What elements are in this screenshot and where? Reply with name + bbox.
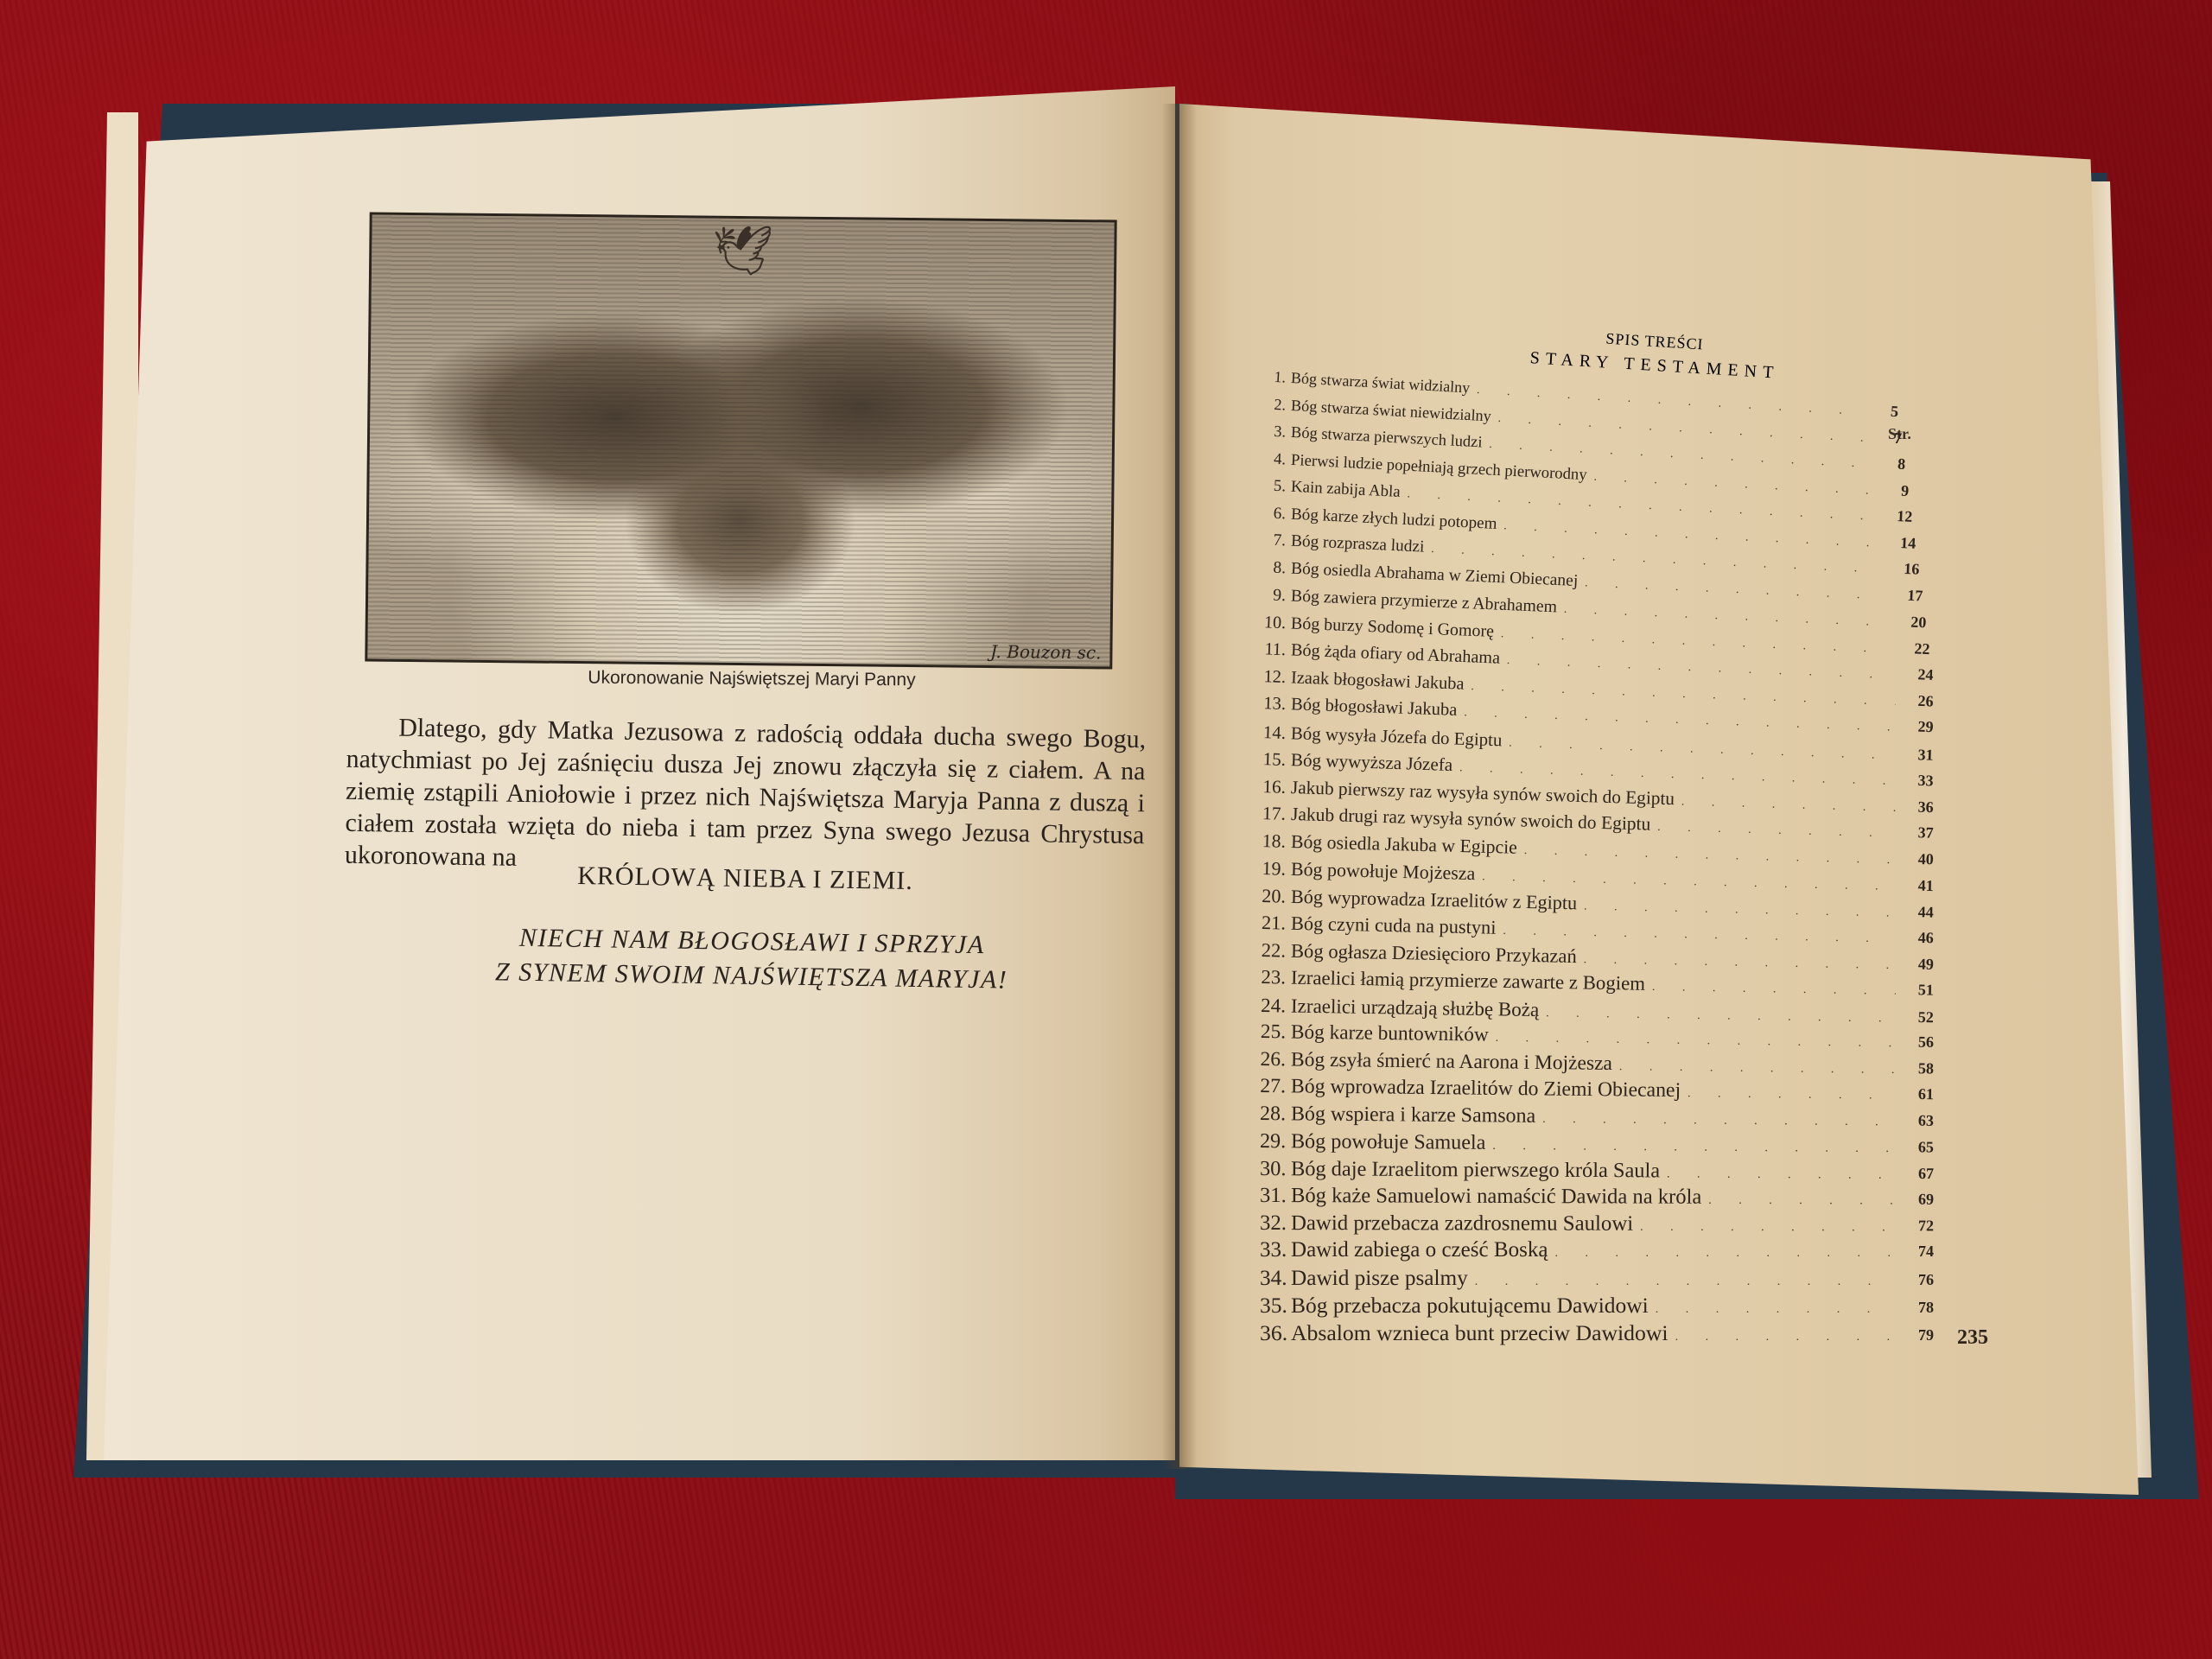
toc-entry-title: Bóg wspiera i karze Samsona bbox=[1291, 1103, 1535, 1128]
toc-entry-number: 11. bbox=[1260, 639, 1287, 660]
toc-entry-page: 40 bbox=[1902, 849, 1934, 868]
toc-entry-number: 5. bbox=[1260, 476, 1287, 496]
toc-entry-page: 29 bbox=[1902, 717, 1934, 736]
toc-entry-page: 24 bbox=[1902, 665, 1934, 684]
toc-entry-page: 76 bbox=[1903, 1271, 1934, 1289]
toc-entry: 36.Absalom wznieca bunt przeciw Dawidowi… bbox=[1260, 1320, 1934, 1343]
toc-entry-page: 12 bbox=[1881, 506, 1913, 526]
toc-entry: 35.Bóg przebacza pokutującemu Dawidowi. … bbox=[1260, 1293, 1934, 1315]
toc-entry-number: 12. bbox=[1260, 667, 1287, 688]
toc-entry-number: 27. bbox=[1260, 1075, 1286, 1098]
toc-entry: 30.Bóg daje Izraelitom pierwszego króla … bbox=[1260, 1157, 1934, 1183]
toc-entry-number: 21. bbox=[1260, 912, 1287, 935]
toc-leader-dots: . . . . . . . . . . . . . . . . . . . . … bbox=[1475, 1275, 1896, 1289]
toc-entry-number: 19. bbox=[1260, 857, 1287, 880]
toc-entry-page: 46 bbox=[1903, 929, 1934, 948]
toc-entry-page: 14 bbox=[1885, 533, 1916, 553]
toc-entry-page: 69 bbox=[1903, 1191, 1934, 1209]
toc-entry-number: 31. bbox=[1260, 1184, 1286, 1208]
toc-leader-dots: . . . . . . . . . . . . . . . . . . . . … bbox=[1619, 1060, 1896, 1077]
toc-entry-page: 49 bbox=[1903, 955, 1934, 974]
toc-entry-title: Dawid pisze psalmy bbox=[1291, 1266, 1468, 1291]
dove-icon: 🕊 bbox=[712, 227, 774, 276]
toc-entry-title: Dawid zabiega o cześć Boską bbox=[1291, 1238, 1548, 1262]
book-gutter bbox=[1162, 104, 1197, 1469]
toc-entry-page: 74 bbox=[1903, 1243, 1934, 1261]
toc-entry-page: 41 bbox=[1902, 876, 1934, 895]
toc-entry-page: 8 bbox=[1874, 454, 1906, 474]
toc-entry-title: Bóg karze buntowników bbox=[1291, 1021, 1489, 1047]
toc-entry-number: 28. bbox=[1260, 1103, 1286, 1126]
toc-entry-title: Bóg każe Samuelowi namaścić Dawida na kr… bbox=[1291, 1184, 1701, 1210]
toc-entry-number: 23. bbox=[1260, 966, 1286, 989]
toc-entry-page: 78 bbox=[1903, 1299, 1934, 1317]
toc-entry-number: 13. bbox=[1260, 694, 1287, 715]
toc-entry-title: Absalom wznieca bunt przeciw Dawidowi bbox=[1291, 1320, 1669, 1346]
toc-entry-number: 7. bbox=[1260, 531, 1287, 550]
toc-entry-number: 36. bbox=[1260, 1320, 1286, 1346]
toc-entry-page: 36 bbox=[1902, 798, 1934, 817]
toc-entry-page: 20 bbox=[1895, 613, 1927, 632]
body-text: Dlatego, gdy Matka Jezusowa z radością o… bbox=[345, 711, 1147, 884]
toc-entry-title: Bóg powołuje Mojżesza bbox=[1291, 858, 1476, 885]
page-number: 235 bbox=[1957, 1326, 1988, 1350]
toc-entry-number: 2. bbox=[1260, 395, 1287, 415]
toc-leader-dots: . . . . . . . . . . . . . . . . . . . . … bbox=[1667, 1167, 1896, 1182]
toc-entry-number: 17. bbox=[1260, 803, 1287, 825]
toc-leader-dots: . . . . . . . . . . . . . . . . . . . . … bbox=[1640, 1220, 1896, 1235]
coronation-illustration: 🕊 J. Bouzon sc. bbox=[365, 212, 1116, 669]
toc-entry-number: 16. bbox=[1260, 776, 1287, 798]
toc-leader-dots: . . . . . . . . . . . . . . . . . . . . … bbox=[1708, 1194, 1896, 1209]
toc-entry-page: 58 bbox=[1903, 1059, 1934, 1077]
toc-entry-number: 26. bbox=[1260, 1048, 1286, 1071]
toc-entry-number: 18. bbox=[1260, 830, 1287, 853]
toc-leader-dots: . . . . . . . . . . . . . . . . . . . . … bbox=[1656, 1303, 1896, 1317]
toc-entry-page: 37 bbox=[1902, 823, 1934, 842]
toc-entry-number: 9. bbox=[1260, 585, 1287, 606]
toc-entry-number: 8. bbox=[1260, 558, 1287, 578]
toc-leader-dots: . . . . . . . . . . . . . . . . . . . . … bbox=[1542, 1112, 1896, 1129]
toc-entry: 32.Dawid przebacza zazdrosnemu Saulowi. … bbox=[1260, 1211, 1934, 1235]
toc-leader-dots: . . . . . . . . . . . . . . . . . . . . … bbox=[1675, 1331, 1896, 1344]
toc-leader-dots: . . . . . . . . . . . . . . . . . . . . … bbox=[1688, 1087, 1896, 1103]
toc-entry-number: 20. bbox=[1260, 885, 1287, 908]
toc-entry-page: 52 bbox=[1903, 1007, 1934, 1027]
toc-entry-title: Bóg daje Izraelitom pierwszego króla Sau… bbox=[1291, 1157, 1660, 1183]
illustration-caption: Ukoronowanie Najświętszej Maryi Panny bbox=[449, 667, 1054, 692]
toc-entry-title: Bóg wprowadza Izraelitów do Ziemi Obieca… bbox=[1291, 1075, 1681, 1103]
toc-entry-number: 15. bbox=[1260, 748, 1287, 771]
toc-entry-page: 26 bbox=[1902, 691, 1934, 710]
toc-entry-page: 63 bbox=[1903, 1111, 1934, 1129]
toc-entry-number: 30. bbox=[1260, 1157, 1286, 1181]
toc-entry-page: 31 bbox=[1902, 745, 1934, 764]
toc-entry-number: 24. bbox=[1260, 994, 1286, 1017]
toc-entry-page: 9 bbox=[1878, 480, 1910, 500]
closing-prayer: NIECH NAM BŁOGOSŁAWI I SPRZYJA Z SYNEM S… bbox=[362, 918, 1141, 1000]
toc-entry-page: 79 bbox=[1903, 1326, 1934, 1344]
toc-entry-number: 14. bbox=[1260, 721, 1287, 744]
toc-entry-page: 51 bbox=[1903, 981, 1934, 1000]
toc-entry-title: Bóg czyni cuda na pustyni bbox=[1291, 912, 1497, 939]
engraver-signature: J. Bouzon sc. bbox=[990, 641, 1102, 663]
toc-entry-number: 35. bbox=[1260, 1293, 1286, 1319]
toc-entry-number: 29. bbox=[1260, 1129, 1286, 1154]
toc-entry-title: Bóg powołuje Samuela bbox=[1291, 1129, 1486, 1155]
toc-entry-number: 25. bbox=[1260, 1020, 1286, 1044]
toc-entry-number: 22. bbox=[1260, 939, 1286, 963]
toc-entry-title: Izraelici urządzają służbę Bożą bbox=[1291, 994, 1540, 1021]
toc-entry-page: 61 bbox=[1903, 1085, 1934, 1103]
toc-entry-page: 33 bbox=[1902, 771, 1934, 790]
toc-entry-number: 34. bbox=[1260, 1266, 1286, 1291]
toc-entry-page: 7 bbox=[1871, 428, 1903, 448]
toc-entry: 31.Bóg każe Samuelowi namaścić Dawida na… bbox=[1260, 1184, 1934, 1209]
toc-entry-number: 33. bbox=[1260, 1238, 1286, 1262]
toc-entry-number: 32. bbox=[1260, 1211, 1286, 1236]
toc-entry-title: Bóg zsyła śmierć na Aarona i Mojżesza bbox=[1291, 1048, 1612, 1076]
toc-leader-dots: . . . . . . . . . . . . . . . . . . . . … bbox=[1492, 1140, 1896, 1156]
toc-entry-page: 22 bbox=[1898, 639, 1930, 658]
toc-entry-page: 16 bbox=[1888, 559, 1920, 579]
body-paragraph: Dlatego, gdy Matka Jezusowa z radością o… bbox=[345, 711, 1147, 884]
toc-entry-page: 56 bbox=[1903, 1033, 1934, 1052]
toc-entry-number: 1. bbox=[1260, 367, 1287, 387]
toc-leader-dots: . . . . . . . . . . . . . . . . . . . . … bbox=[1554, 1247, 1896, 1261]
toc-entry: 33.Dawid zabiega o cześć Boską. . . . . … bbox=[1260, 1238, 1934, 1261]
toc-entry-page: 17 bbox=[1891, 585, 1923, 605]
toc-entry-page: 67 bbox=[1903, 1164, 1934, 1182]
toc-entry: 29.Bóg powołuje Samuela. . . . . . . . .… bbox=[1260, 1129, 1934, 1156]
toc-entry-page: 72 bbox=[1903, 1217, 1934, 1235]
toc-entry-number: 10. bbox=[1260, 613, 1287, 633]
toc-entry: 34.Dawid pisze psalmy. . . . . . . . . .… bbox=[1260, 1266, 1934, 1288]
toc-entry-number: 6. bbox=[1260, 504, 1287, 524]
toc-entry-page: 65 bbox=[1903, 1138, 1934, 1156]
toc-header: SPIS TREŚCI STARY TESTAMENT bbox=[1257, 333, 1948, 376]
toc-entry-title: Bóg przebacza pokutującemu Dawidowi bbox=[1291, 1293, 1649, 1319]
toc-entry-title: Bóg wywyższa Józefa bbox=[1291, 749, 1453, 776]
toc-entry-number: 4. bbox=[1260, 449, 1287, 469]
toc-entry-number: 3. bbox=[1260, 422, 1287, 442]
toc-entry-page: 5 bbox=[1866, 401, 1898, 421]
toc-entry-page: 44 bbox=[1903, 902, 1934, 921]
toc-entry-title: Dawid przebacza zazdrosnemu Saulowi bbox=[1291, 1211, 1633, 1236]
